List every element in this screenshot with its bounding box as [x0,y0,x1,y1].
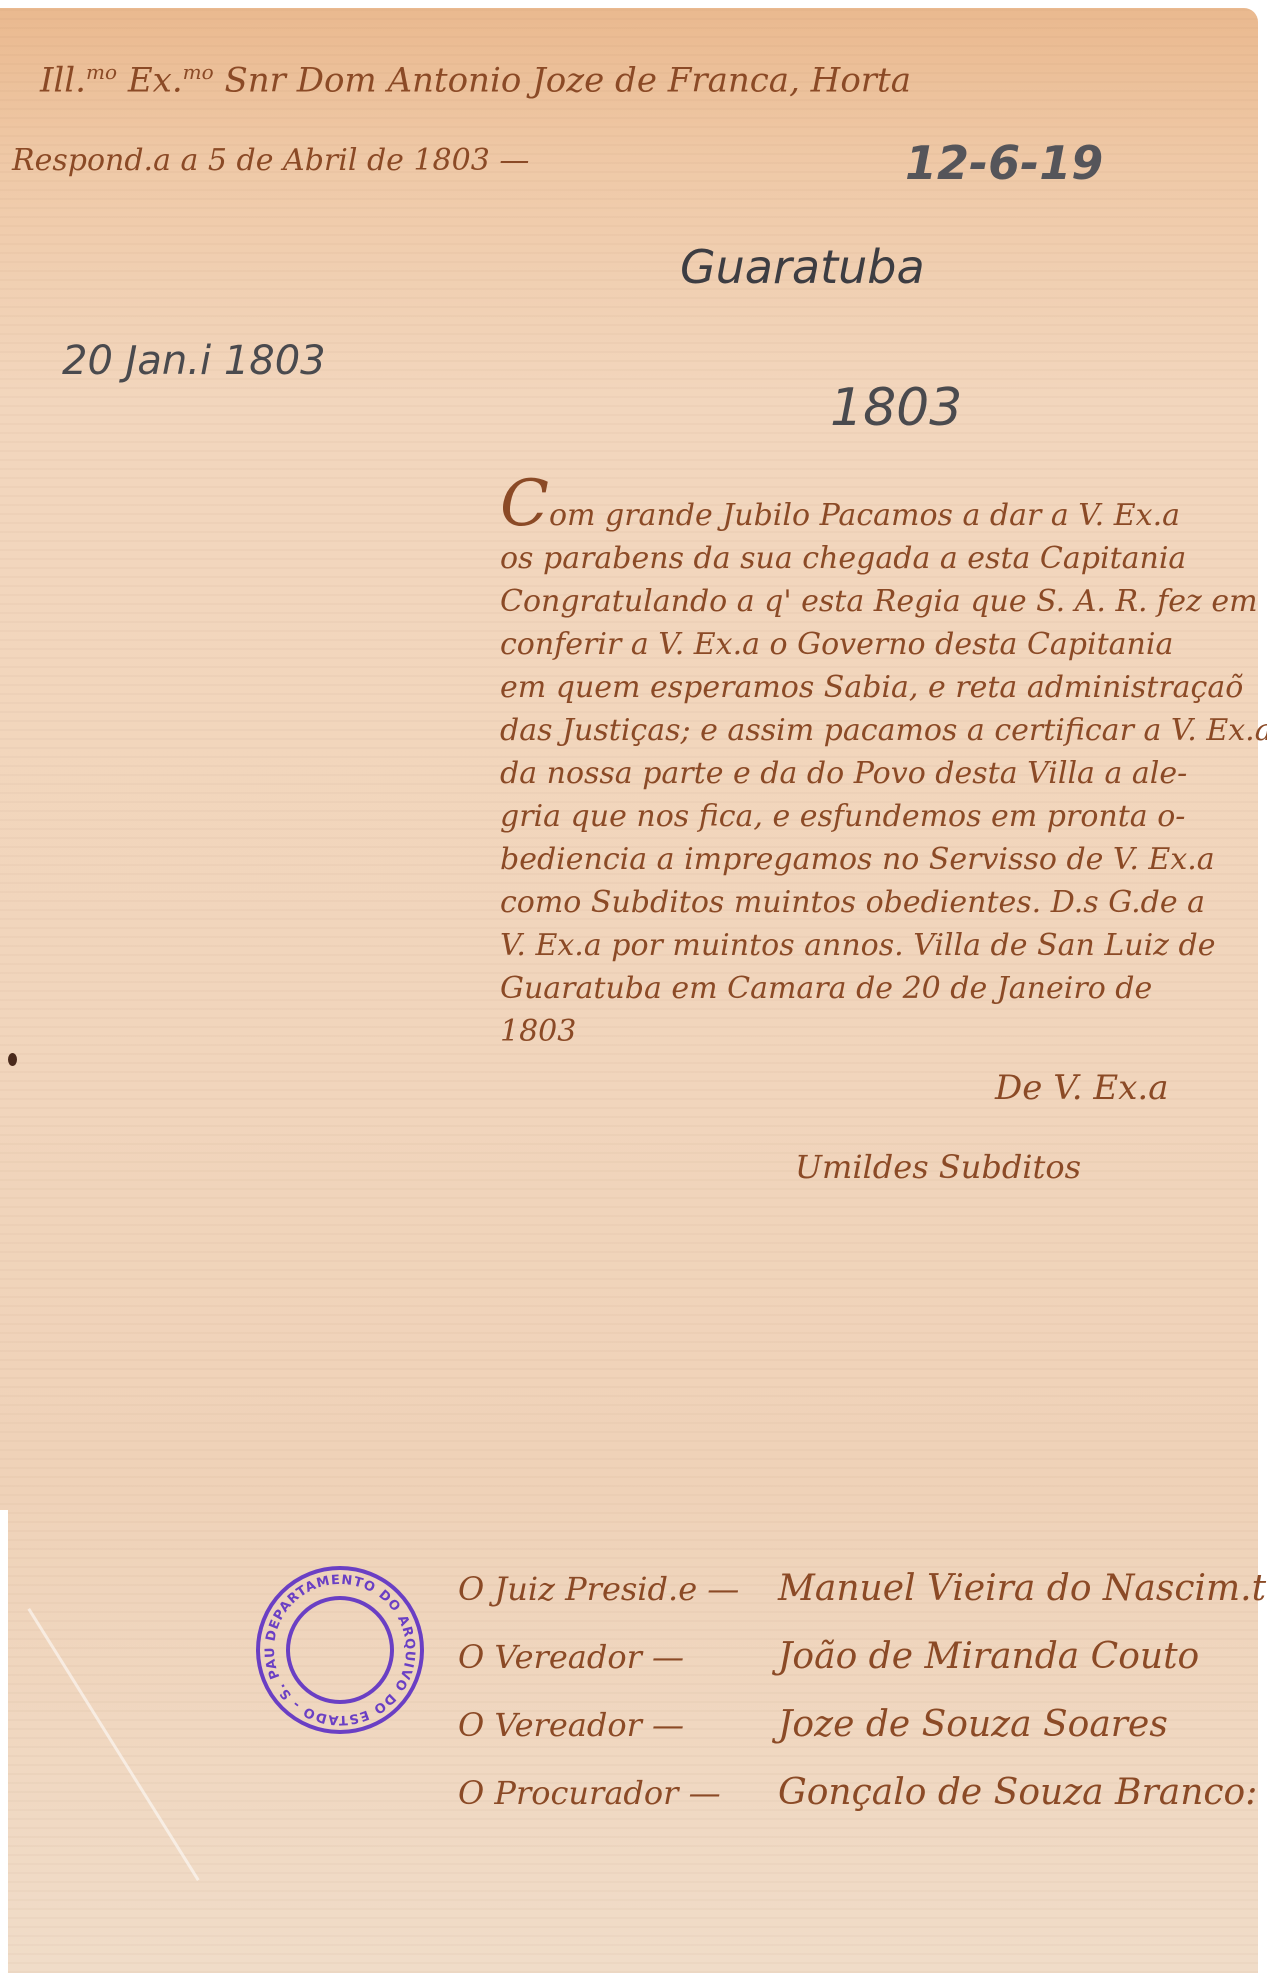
date-annotation: 20 Jan.i 1803 [62,338,326,384]
body-line: Congratulando a q' esta Regia que S. A. … [500,580,1260,623]
body-line: da nossa parte e da do Povo desta Villa … [500,752,1260,795]
body-line: em quem esperamos Sabia, e reta administ… [500,666,1260,709]
address-line: Ill.mo Ex.mo Snr Dom Antonio Joze de Fra… [40,60,911,100]
ink-spot [8,1053,17,1066]
place-annotation: Guaratuba [680,240,925,294]
body-line: conferir a V. Ex.a o Governo desta Capit… [500,623,1260,666]
signature-name: João de Miranda Couto [778,1636,1199,1677]
signature-name: Gonçalo de Souza Branco: [778,1772,1257,1813]
page-edge-notch [0,1510,8,1973]
signature-name: Manuel Vieira do Nascim.to [778,1568,1267,1609]
body-line: Guaratuba em Camara de 20 de Janeiro de [500,967,1260,1010]
body-line: Com grande Jubilo Pacamos a dar a V. Ex.… [500,483,1260,537]
closing-salutation: De V. Ex.a [995,1068,1169,1108]
body-line: 1803 [500,1010,1260,1053]
signature-role: O Juiz Presid.e — [458,1570,778,1608]
signature-row: O Vereador —Joze de Souza Soares [458,1704,1168,1745]
body-line: os parabens da sua chegada a esta Capita… [500,537,1260,580]
archive-reference: 12-6-19 [905,136,1103,190]
reply-note: Respond.a a 5 de Abril de 1803 — [12,143,529,178]
closing-signoff: Umildes Subditos [795,1148,1081,1186]
signature-name: Joze de Souza Soares [778,1704,1168,1745]
letter-body: Com grande Jubilo Pacamos a dar a V. Ex.… [500,483,1260,1053]
signature-row: O Procurador —Gonçalo de Souza Branco: [458,1772,1257,1813]
paper-crease [27,1608,199,1881]
signature-row: O Vereador —João de Miranda Couto [458,1636,1199,1677]
body-line: bediencia a impregamos no Servisso de V.… [500,838,1260,881]
signature-row: O Juiz Presid.e —Manuel Vieira do Nascim… [458,1568,1267,1609]
manuscript-page: Ill.mo Ex.mo Snr Dom Antonio Joze de Fra… [0,8,1258,1973]
body-line: V. Ex.a por muintos annos. Villa de San … [500,924,1260,967]
signature-role: O Procurador — [458,1774,778,1812]
year-annotation: 1803 [830,378,962,438]
signature-role: O Vereador — [458,1706,778,1744]
body-line: como Subditos muintos obedientes. D.s G.… [500,881,1260,924]
body-line: das Justiças; e assim pacamos a certific… [500,709,1260,752]
stamp-inner-ring [286,1596,394,1704]
signature-role: O Vereador — [458,1638,778,1676]
archive-stamp: DEPARTAMENTO DO ARQUIVO DO ESTADO - S. P… [256,1566,424,1734]
body-line: gria que nos fica, e esfundemos em pront… [500,795,1260,838]
